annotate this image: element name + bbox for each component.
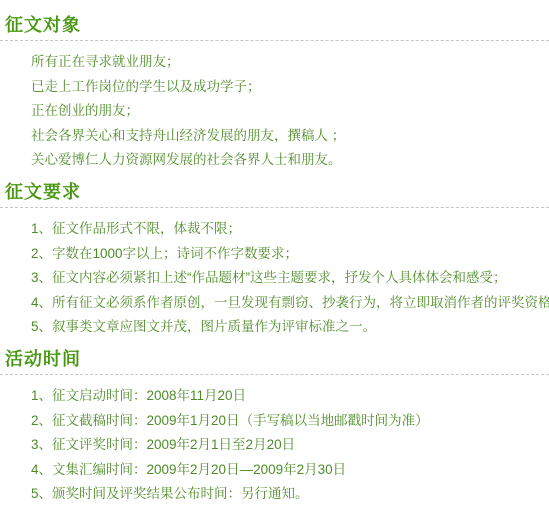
list-item: 3、征文内容必须紧扣上述“作品题材”这些主题要求，抒发个人具体体会和感受； <box>31 266 543 291</box>
section-title: 征文对象 <box>5 14 549 36</box>
section-title: 征文要求 <box>5 181 549 203</box>
item-list: 1、征文启动时间：2008年11月20日 2、征文截稿时间：2009年1月20日… <box>0 384 549 506</box>
list-item: 2、字数在1000字以上；诗词不作字数要求； <box>31 242 543 267</box>
section-divider <box>0 374 549 375</box>
section-essay-audience: 征文对象 所有正在寻求就业朋友； 已走上工作岗位的学生以及成功学子； 正在创业的… <box>0 14 549 173</box>
essay-notice-page: 征文对象 所有正在寻求就业朋友； 已走上工作岗位的学生以及成功学子； 正在创业的… <box>0 0 549 506</box>
section-essay-requirements: 征文要求 1、征文作品形式不限，体裁不限； 2、字数在1000字以上；诗词不作字… <box>0 181 549 340</box>
list-item: 社会各界关心和支持舟山经济发展的朋友，撰稿人 ； <box>31 124 543 149</box>
list-item: 4、所有征文必须系作者原创，一旦发现有剽窃、抄袭行为，将立即取消作者的评奖资格； <box>31 291 543 316</box>
item-list: 所有正在寻求就业朋友； 已走上工作岗位的学生以及成功学子； 正在创业的朋友； 社… <box>0 50 549 173</box>
list-item: 关心爱博仁人力资源网发展的社会各界人士和朋友。 <box>31 148 543 173</box>
list-item: 正在创业的朋友； <box>31 99 543 124</box>
list-item: 1、征文作品形式不限，体裁不限； <box>31 217 543 242</box>
list-item: 4、文集汇编时间：2009年2月20日—2009年2月30日 <box>31 458 543 483</box>
section-activity-schedule: 活动时间 1、征文启动时间：2008年11月20日 2、征文截稿时间：2009年… <box>0 348 549 506</box>
list-item: 1、征文启动时间：2008年11月20日 <box>31 384 543 409</box>
list-item: 2、征文截稿时间：2009年1月20日（手写稿以当地邮戳时间为准） <box>31 409 543 434</box>
section-title: 活动时间 <box>5 348 549 370</box>
list-item: 3、征文评奖时间：2009年2月1日至2月20日 <box>31 433 543 458</box>
list-item: 所有正在寻求就业朋友； <box>31 50 543 75</box>
section-divider <box>0 207 549 208</box>
list-item: 5、叙事类文章应图文并茂，图片质量作为评审标准之一。 <box>31 315 543 340</box>
list-item: 5、颁奖时间及评奖结果公布时间：另行通知。 <box>31 482 543 506</box>
item-list: 1、征文作品形式不限，体裁不限； 2、字数在1000字以上；诗词不作字数要求； … <box>0 217 549 340</box>
list-item: 已走上工作岗位的学生以及成功学子； <box>31 75 543 100</box>
section-divider <box>0 40 549 41</box>
